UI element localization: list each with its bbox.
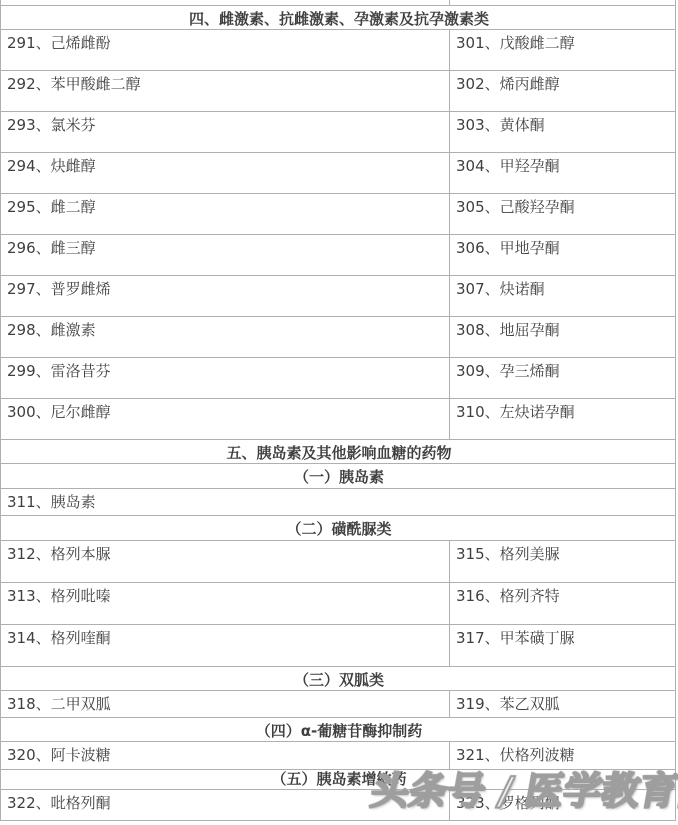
subsection-3-title: （三）双胍类 (1, 666, 676, 690)
drug-cell-291: 291、己烯雌酚 (1, 29, 450, 70)
subsection-2-header-row: （二）磺酰脲类 (1, 515, 676, 540)
drug-cell-320: 320、阿卡波糖 (1, 741, 450, 769)
table-row: 299、雷洛昔芬 309、孕三烯酮 (1, 357, 676, 398)
drug-cell-315: 315、格列美脲 (450, 540, 676, 582)
drug-cell-323: 323、罗格列酮 (450, 789, 676, 820)
table-row: 311、胰岛素 (1, 488, 676, 515)
drug-cell-310: 310、左炔诺孕酮 (450, 398, 676, 439)
drug-cell-314: 314、格列喹酮 (1, 624, 450, 666)
subsection-2-title: （二）磺酰脲类 (1, 515, 676, 540)
drug-cell-298: 298、雌激素 (1, 316, 450, 357)
table-row: 312、格列本脲 315、格列美脲 (1, 540, 676, 582)
drug-cell-306: 306、甲地孕酮 (450, 234, 676, 275)
drug-cell-313: 313、格列吡嗪 (1, 582, 450, 624)
drug-cell-293: 293、氯米芬 (1, 111, 450, 152)
table-row: 298、雌激素 308、地屈孕酮 (1, 316, 676, 357)
subsection-5-title: （五）胰岛素增敏药 (1, 769, 676, 789)
table-row: 293、氯米芬 303、黄体酮 (1, 111, 676, 152)
subsection-3-header-row: （三）双胍类 (1, 666, 676, 690)
table-row: 314、格列喹酮 317、甲苯磺丁脲 (1, 624, 676, 666)
section-4-title: 四、雌激素、抗雌激素、孕激素及抗孕激素类 (1, 6, 676, 30)
drug-cell-304: 304、甲羟孕酮 (450, 152, 676, 193)
drug-cell-319: 319、苯乙双胍 (450, 690, 676, 717)
drug-cell-308: 308、地屈孕酮 (450, 316, 676, 357)
drug-cell-311: 311、胰岛素 (1, 488, 676, 515)
drug-cell-307: 307、炔诺酮 (450, 275, 676, 316)
drug-cell-322: 322、吡格列酮 (1, 789, 450, 820)
table-row: 300、尼尔雌醇 310、左炔诺孕酮 (1, 398, 676, 439)
drug-list-page: 四、雌激素、抗雌激素、孕激素及抗孕激素类 291、己烯雌酚 301、戊酸雌二醇 … (0, 0, 678, 825)
drug-cell-300: 300、尼尔雌醇 (1, 398, 450, 439)
subsection-1-title: （一）胰岛素 (1, 463, 676, 488)
drug-cell-312: 312、格列本脲 (1, 540, 450, 582)
drug-cell-301: 301、戊酸雌二醇 (450, 29, 676, 70)
subsection-5-header-row: （五）胰岛素增敏药 (1, 769, 676, 789)
subsection-4-header-row: （四）α-葡糖苷酶抑制药 (1, 717, 676, 741)
drug-cell-302: 302、烯丙雌醇 (450, 70, 676, 111)
drug-cell-316: 316、格列齐特 (450, 582, 676, 624)
drug-cell-299: 299、雷洛昔芬 (1, 357, 450, 398)
drug-cell-297: 297、普罗雌烯 (1, 275, 450, 316)
table-row: 292、苯甲酸雌二醇 302、烯丙雌醇 (1, 70, 676, 111)
table-row: 320、阿卡波糖 321、伏格列波糖 (1, 741, 676, 769)
table-row: 295、雌二醇 305、己酸羟孕酮 (1, 193, 676, 234)
drug-cell-296: 296、雌三醇 (1, 234, 450, 275)
drug-catalog-table: 四、雌激素、抗雌激素、孕激素及抗孕激素类 291、己烯雌酚 301、戊酸雌二醇 … (0, 0, 676, 821)
table-row: 297、普罗雌烯 307、炔诺酮 (1, 275, 676, 316)
section-5-header-row: 五、胰岛素及其他影响血糖的药物 (1, 439, 676, 463)
section-5-title: 五、胰岛素及其他影响血糖的药物 (1, 439, 676, 463)
drug-cell-303: 303、黄体酮 (450, 111, 676, 152)
drug-cell-318: 318、二甲双胍 (1, 690, 450, 717)
section-4-header-row: 四、雌激素、抗雌激素、孕激素及抗孕激素类 (1, 6, 676, 30)
table-row: 318、二甲双胍 319、苯乙双胍 (1, 690, 676, 717)
drug-cell-295: 295、雌二醇 (1, 193, 450, 234)
drug-cell-317: 317、甲苯磺丁脲 (450, 624, 676, 666)
drug-cell-321: 321、伏格列波糖 (450, 741, 676, 769)
table-row: 294、炔雌醇 304、甲羟孕酮 (1, 152, 676, 193)
drug-cell-292: 292、苯甲酸雌二醇 (1, 70, 450, 111)
table-row: 322、吡格列酮 323、罗格列酮 (1, 789, 676, 820)
drug-cell-305: 305、己酸羟孕酮 (450, 193, 676, 234)
subsection-4-title: （四）α-葡糖苷酶抑制药 (1, 717, 676, 741)
drug-cell-309: 309、孕三烯酮 (450, 357, 676, 398)
table-row: 296、雌三醇 306、甲地孕酮 (1, 234, 676, 275)
drug-cell-294: 294、炔雌醇 (1, 152, 450, 193)
subsection-1-header-row: （一）胰岛素 (1, 463, 676, 488)
table-row: 313、格列吡嗪 316、格列齐特 (1, 582, 676, 624)
table-row: 291、己烯雌酚 301、戊酸雌二醇 (1, 29, 676, 70)
